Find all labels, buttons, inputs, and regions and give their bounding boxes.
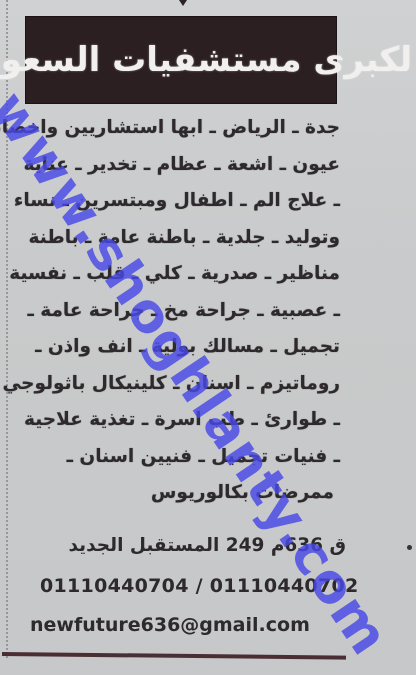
ad-body: جدة ـ الرياض ـ ابها استشاريين واخصائيين … [22, 110, 340, 512]
arrow-down-icon [175, 0, 191, 6]
ad-line-specialties: تجميل ـ مسالك بولية ـ انف واذن ـ [22, 329, 340, 366]
ad-line-specialties: مناظير ـ صدرية ـ كلي ـ قلب ـ نفسية [22, 256, 340, 293]
ad-line-specialties: ـ عصبية ـ جراحة مخ ـ جراحة عامة ـ [22, 293, 340, 330]
newspaper-clipping: لكبرى مستشفيات السعودية جدة ـ الرياض ـ ا… [0, 0, 416, 675]
dotted-column-rule [6, 0, 8, 660]
bottom-divider [2, 652, 346, 660]
ad-line-specialties: روماتيزم ـ اسنان ـ كلينيكال باثولوجي [22, 366, 340, 403]
ad-line-specialties: ـ علاج الم ـ اطفال ومبتسرين ـ نساء [22, 183, 340, 220]
ad-line-nurses: ممرضات بكالوريوس [22, 475, 340, 512]
contact-phones: 01110440704 / 01110440702 [40, 575, 346, 597]
ad-line-specialties: ـ طوارئ ـ طب اسرة ـ تغذية علاجية [22, 402, 340, 439]
ad-line-specialties: وتوليد ـ جلدية ـ باطنة عامة ـ باطنة [22, 220, 340, 257]
ad-line-specialties: ـ فنيات تجميل ـ فنيين اسنان ـ [22, 439, 340, 476]
contact-address: ق 636م 249 المستقبل الجديد [30, 535, 346, 556]
bullet-icon [407, 545, 412, 550]
ad-line-cities: جدة ـ الرياض ـ ابها استشاريين واخصائيين [22, 110, 340, 147]
ad-line-specialties: عيون ـ اشعة ـ عظام ـ تخدير ـ عناية [22, 147, 340, 184]
ad-title: لكبرى مستشفيات السعودية [0, 40, 412, 80]
contact-email: newfuture636@gmail.com [30, 614, 310, 636]
ad-header-banner: لكبرى مستشفيات السعودية [25, 16, 337, 104]
